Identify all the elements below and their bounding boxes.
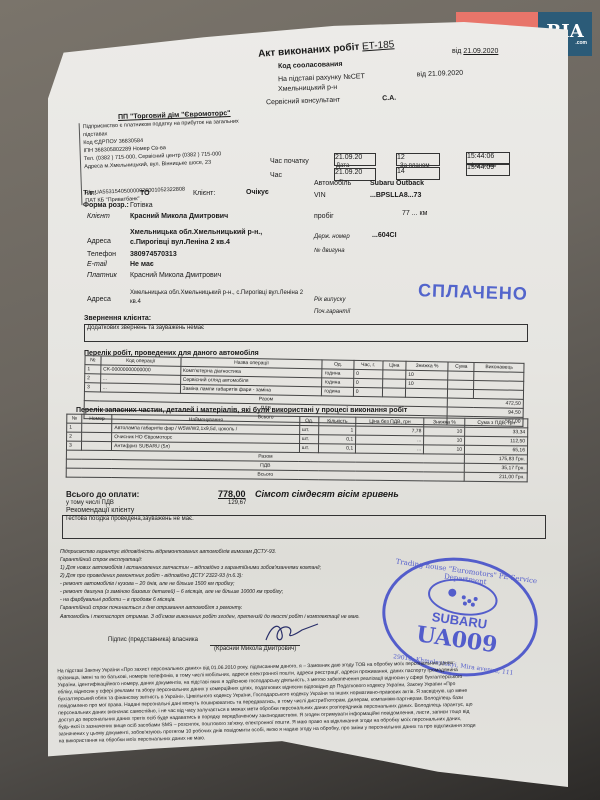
table-cell: 1 xyxy=(85,365,101,374)
table-cell: 2 xyxy=(85,374,101,383)
act-date: від 21.09.2020 xyxy=(452,48,498,55)
table-cell: 10 xyxy=(424,445,465,454)
company-details: Підприємство є платником податку на приб… xyxy=(79,117,266,205)
table-cell xyxy=(82,432,112,441)
warranty-line: - ремонт автомобілів і кузова – 20 днів,… xyxy=(60,580,390,588)
client-status-label: Клієнт: xyxy=(193,190,215,197)
column-header: Час, г. xyxy=(354,360,383,370)
personal-data-consent: На підставі Закону України «Про захист п… xyxy=(57,660,479,746)
table-cell xyxy=(448,371,474,380)
table-cell xyxy=(448,389,474,398)
warranty-start-label: Поч.гарантії xyxy=(314,309,350,315)
end-time-label: Час xyxy=(270,172,282,179)
email-label: E-mail xyxy=(87,261,107,268)
phone-label: Телефон xyxy=(87,251,116,258)
table-cell: 3 xyxy=(66,441,81,450)
payment-form-label: Форма розр.: xyxy=(83,202,129,209)
recommendations-label: Рекомендації клієнту xyxy=(66,507,134,514)
client-phone: 380974570313 xyxy=(130,251,177,258)
table-cell: 0 xyxy=(354,369,383,379)
client-request-label: Звернення клієнта: xyxy=(84,315,151,322)
start-plan-box: 12 xyxy=(396,153,440,166)
table-cell: 0,1 xyxy=(319,435,356,444)
start-date: 21.09.20 xyxy=(335,154,362,161)
end-plan: 14 xyxy=(397,168,405,175)
warranty-line: - на фарбувальні роботи – в продовж 6 мі… xyxy=(60,596,390,604)
parts-title: Перелік запасних частин, деталей і матер… xyxy=(76,407,407,414)
engine-label: № двигуна xyxy=(314,248,345,254)
table-cell: шт. xyxy=(299,435,318,444)
mileage-label: пробіг xyxy=(314,213,334,220)
recommendations-text: Тестова поїздка проведена,зауважень не м… xyxy=(65,516,194,522)
client-address: Хмельницька обл.Хмельницький р-н., с.Пир… xyxy=(130,228,280,248)
warranty-line: 2) Для про проведених ремонтних робіт - … xyxy=(60,572,390,580)
client-status: Очікує xyxy=(246,189,269,196)
column-header: Од. xyxy=(300,417,319,426)
vat-included-amount: 129,67 xyxy=(228,500,246,506)
client-request-box: Додаткових звернень та зауважень немає xyxy=(84,324,528,342)
payer-label: Платник xyxy=(87,272,117,279)
payer-address-label: Адреса xyxy=(87,296,111,303)
total-due-amount: 778,00 xyxy=(218,489,246,499)
vin-value: ...BPSLLA8...73 xyxy=(370,192,421,199)
client-name: Красний Микола Дмитрович xyxy=(130,213,228,220)
table-cell: 0,1 xyxy=(318,444,355,453)
type-value: ТО xyxy=(140,190,150,197)
table-cell: 10 xyxy=(424,427,465,436)
client-name-label: Клієнт xyxy=(87,213,110,220)
recommendations-box: Тестова поїздка проведена,зауважень не м… xyxy=(62,515,546,539)
end-actual-box: 15:44:09 xyxy=(466,163,510,176)
warranty-line: - ремонт двигуна (з заміною базових дета… xyxy=(60,588,390,596)
paid-stamp: СПЛАЧЕНО xyxy=(418,280,529,305)
total-due-words: Сімсот сімдесят вісім гривень xyxy=(255,489,399,499)
table-cell xyxy=(382,379,405,388)
table-cell: 10 xyxy=(424,436,465,445)
end-date: 21.09.20 xyxy=(335,169,362,176)
warranty-line: Підприємство гарантує відповідність відр… xyxy=(60,548,390,556)
mileage-value: 77 ... км xyxy=(402,210,427,217)
table-cell xyxy=(82,423,112,432)
start-time-label: Час початку xyxy=(270,158,309,165)
payer-name: Красний Микола Дмитрович xyxy=(130,272,221,279)
act-number: ET-185 xyxy=(362,39,395,52)
column-header: Ціна xyxy=(383,361,406,370)
client-request-text: Додаткових звернень та зауважень немає xyxy=(87,325,204,331)
car-label: Автомобіль xyxy=(314,180,351,187)
column-header: № xyxy=(67,414,82,423)
table-cell xyxy=(382,370,405,379)
client-email: Не має xyxy=(130,261,154,268)
table-cell xyxy=(382,388,405,397)
type-label: Тип: xyxy=(83,190,97,197)
table-cell: 1 xyxy=(319,426,356,435)
total-due-label: Всього до оплати: xyxy=(66,490,139,499)
warranty-terms: Підприємство гарантує відповідність відр… xyxy=(60,548,390,612)
table-cell xyxy=(82,441,112,450)
column-header: Сума xyxy=(448,362,474,371)
start-date-box: 21.09.20 xyxy=(334,153,376,166)
car-model: Subaru Outback xyxy=(370,180,424,187)
year-label: Рік випуску xyxy=(314,297,345,303)
date-prefix: від xyxy=(452,48,461,55)
warranty-line: Гарантійний строк експлуатації: xyxy=(60,556,390,564)
table-cell: 3 xyxy=(84,383,100,392)
payment-form: Готівка xyxy=(130,202,153,209)
end-actual: 15:44:09 xyxy=(467,164,494,171)
ria-suffix: .com xyxy=(575,41,587,46)
column-header: № xyxy=(85,356,101,365)
column-header: Кількість xyxy=(319,417,356,426)
start-actual: 15:44:06 xyxy=(467,153,494,160)
address-label: Адреса xyxy=(87,238,111,245)
warranty-line: 1) Для нових автомобілів і встановлених … xyxy=(60,564,390,572)
table-cell: 1 xyxy=(67,423,82,432)
signature-label: Підпис (представника) власника xyxy=(108,637,198,643)
end-plan-box: 14 xyxy=(396,167,440,180)
table-cell: 2 xyxy=(67,432,82,441)
acceptance-statement: Автомобіль і техпаспорт отримав. З об'єм… xyxy=(60,614,400,620)
vat-included-label: у тому числі ПДВ xyxy=(66,500,114,506)
table-cell: шт. xyxy=(299,426,318,435)
signature-name: (Красний Микола Дмитрович) xyxy=(214,646,296,652)
date-value: 21.09.2020 xyxy=(463,48,498,55)
plate-label: Держ. номер xyxy=(314,234,350,240)
column-header: Номер xyxy=(82,414,112,423)
table-cell xyxy=(448,380,474,389)
summary-value: 211,00 Грн. xyxy=(464,472,527,482)
signature-scribble xyxy=(260,620,320,644)
table-cell: шт. xyxy=(299,444,318,453)
vin-label: VIN xyxy=(314,192,326,199)
plate-value: ...604CI xyxy=(372,232,397,239)
start-plan: 12 xyxy=(397,154,405,161)
warranty-line: Гарантійний строк починається з дня отри… xyxy=(60,604,390,612)
consultant-name: С.А. xyxy=(382,95,396,102)
parts-table: №НомерНайменуванняОд.КількістьЦіна без П… xyxy=(66,414,529,483)
column-header: Знижка % xyxy=(424,418,465,427)
payer-address: Хмельницька обл.Хмельницький р-н., с.Пир… xyxy=(130,289,315,307)
